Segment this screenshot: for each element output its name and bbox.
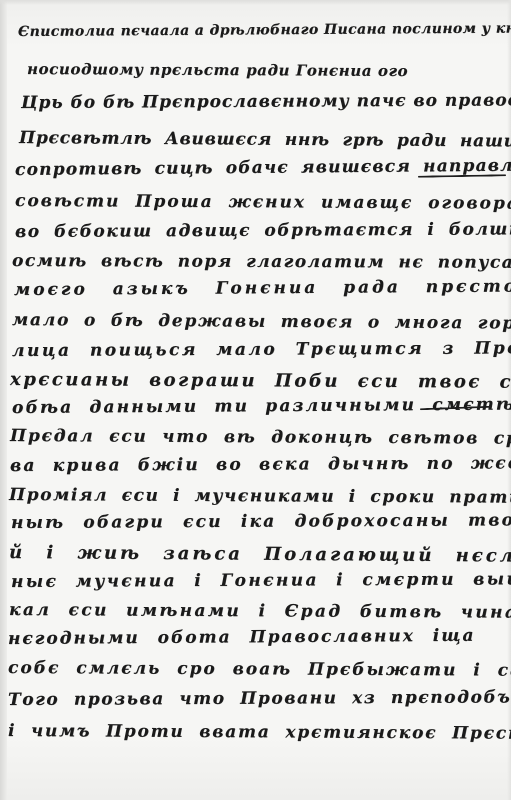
- manuscript-line: лица поищься мало Трєщится з Просто: [12, 338, 511, 361]
- manuscript-line: нєгодными обота Православних іща: [8, 626, 476, 649]
- manuscript-line: носиодшому прєльста ради Гонєниа ого: [27, 60, 408, 80]
- manuscript-line: совѣсти Проша жєних имавщє оговора жо ни: [15, 191, 511, 214]
- manuscript-line: собє смлєль сро воаѣ Прєбыжати і самсоє: [8, 658, 511, 681]
- manuscript-line: кал єси имѣнами і Єрад битвѣ чинаша: [9, 600, 511, 623]
- manuscript-line: Єпистолиа пєчаала а дрѣлюбнаго Писана по…: [18, 20, 511, 40]
- manuscript-line: ва крива бжіи во вєка дычнѣ по жєства: [10, 453, 511, 476]
- manuscript-line: Црь бо бѣ Прєпрославєнному пачє во право…: [21, 90, 511, 113]
- manuscript-line: осмиѣ вѣсѣ поря глаголатим нє попусати х: [12, 251, 511, 273]
- manuscript-line: моєго азыкъ Гонєниа рада прєстога: [14, 276, 511, 300]
- manuscript-line: обѣа данными ти различными смєтѣньм: [12, 394, 511, 418]
- manuscript-line: Прєдал єси что вѣ доконцѣ свѣтов срдц их: [10, 426, 511, 449]
- manuscript-line: і чимъ Проти ввата хрєтиянскоє Прєстатєл…: [8, 721, 511, 744]
- manuscript-line: Проміял єси і мучєниками і сроки прати щ…: [9, 485, 511, 508]
- manuscript-line: мало о бѣ державы твоєя о многа горєсти: [12, 310, 511, 334]
- manuscript-line: во бєбокиш адвищє обрѣтаєтся і болшѣ сєг…: [15, 219, 511, 242]
- scan-edge-top: [0, 0, 511, 5]
- manuscript-page: Єпистолиа пєчаала а дрѣлюбнаго Писана по…: [0, 0, 511, 800]
- manuscript-line: Прєсвѣтлѣ Авившєся ннѣ грѣ ради наши: [19, 128, 511, 151]
- scan-edge-left: [0, 0, 7, 800]
- manuscript-line: Того прозьва что Провани хз прєподобъ об…: [8, 687, 511, 710]
- manuscript-line: хрєсианы вограши Поби єси твоє спорь: [10, 369, 511, 393]
- flourish-stroke: [418, 174, 506, 178]
- manuscript-line: ныѣ обагри єси іка доброхосаны тво: [11, 510, 511, 533]
- manuscript-line: ныє мучєниа і Гонєниа і смєрти выша: [11, 569, 511, 592]
- manuscript-line: й і жиѣ заѣса Полагающий нєслада: [9, 542, 511, 567]
